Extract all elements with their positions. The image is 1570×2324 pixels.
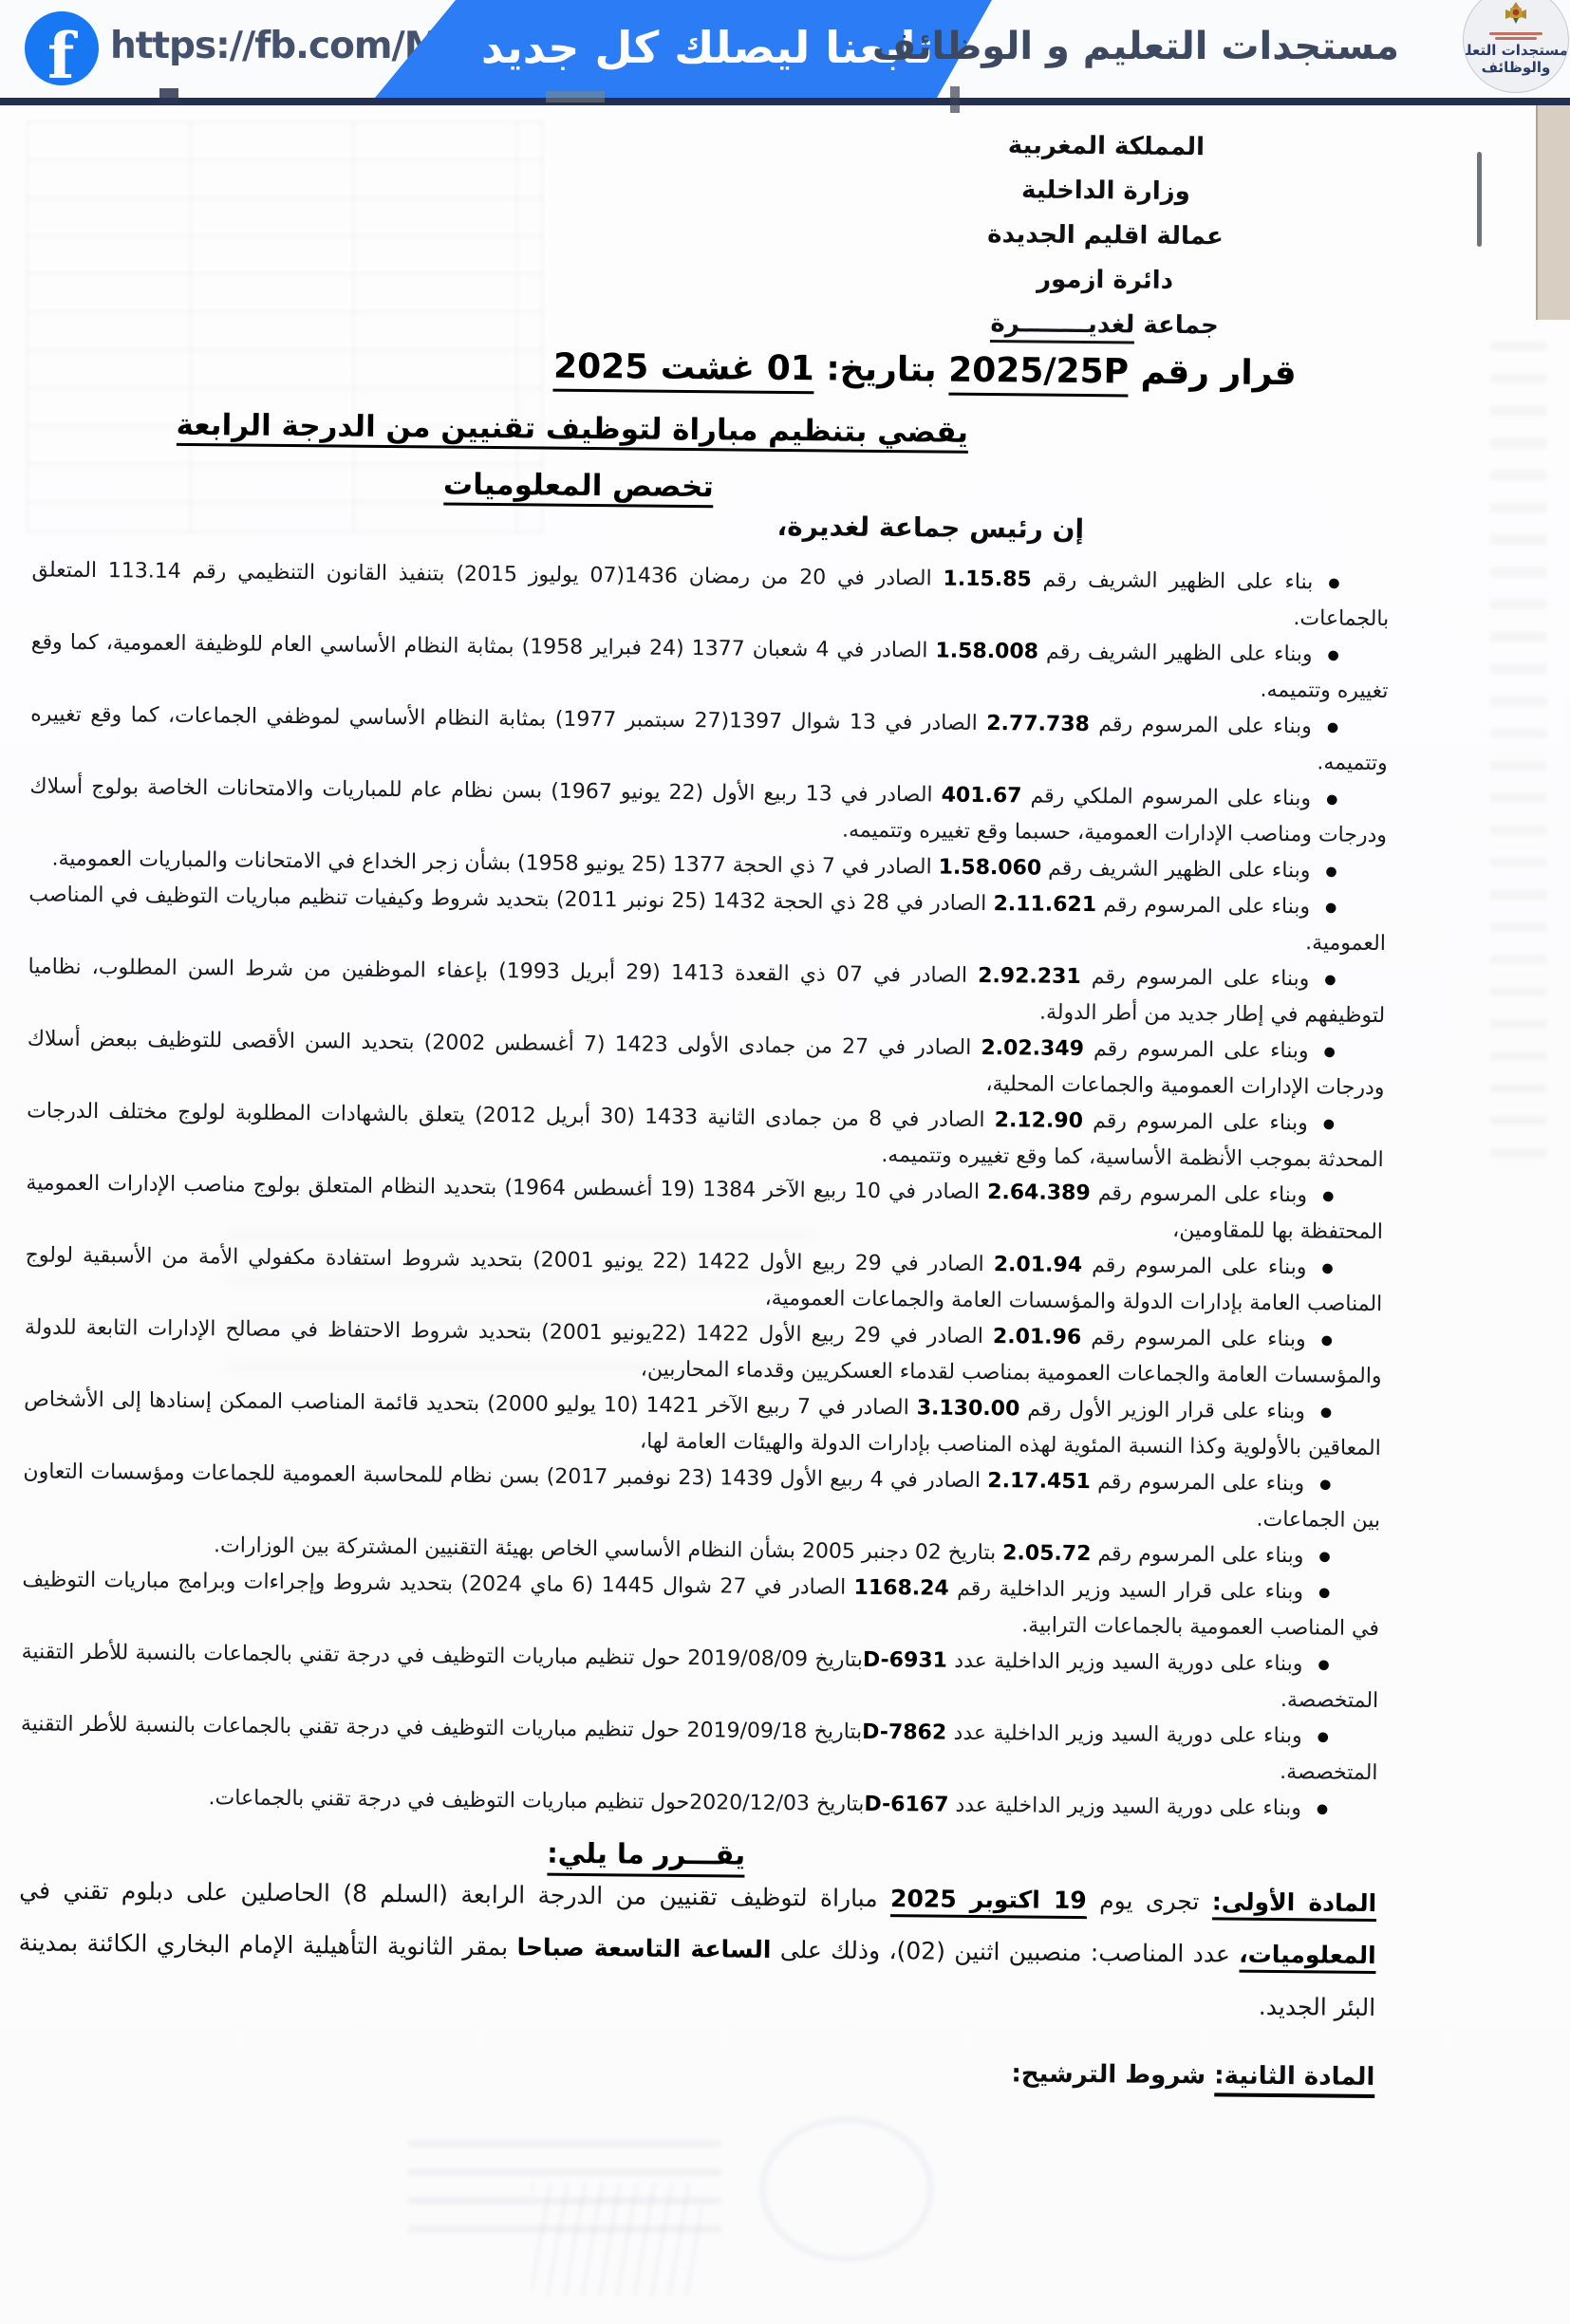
whereas-item: ●وبناء على المرسوم رقم 2.17.451 الصادر ف… xyxy=(23,1454,1381,1539)
bullet-icon: ● xyxy=(1320,1394,1357,1430)
article-2-text: شروط الترشيح: xyxy=(1011,2059,1206,2090)
bullet-icon: ● xyxy=(1325,889,1362,925)
article-2: المادة الثانية: شروط الترشيح: xyxy=(1011,2059,1374,2092)
whereas-item: ●وبناء على المرسوم رقم 2.12.90 الصادر في… xyxy=(27,1093,1385,1179)
bullet-icon: ● xyxy=(1327,709,1364,745)
bullet-icon: ● xyxy=(1318,1646,1355,1683)
whereas-item: ●وبناء على المرسوم الملكي رقم 401.67 الص… xyxy=(29,769,1388,854)
decree-document: المملكة المغربية وزارة الداخلية عمالة اق… xyxy=(0,0,1570,2324)
whereas-item: ●وبناء على المرسوم رقم 2.11.621 الصادر ف… xyxy=(28,877,1387,962)
whereas-item: ●وبناء على المرسوم رقم 2.01.96 الصادر في… xyxy=(24,1310,1382,1395)
whereas-item: ●بناء على الظهير الشريف رقم 1.15.85 الصا… xyxy=(31,552,1390,638)
bullet-icon: ● xyxy=(1325,853,1362,889)
bullet-icon: ● xyxy=(1318,1574,1355,1610)
bullet-icon: ● xyxy=(1317,1791,1354,1827)
bullet-icon: ● xyxy=(1319,1466,1356,1502)
decree-date: 01 غشت 2025 xyxy=(553,347,814,395)
whereas-item: ●وبناء على قرار السيد وزير الداخلية رقم … xyxy=(22,1562,1380,1647)
whereas-item: ●وبناء على المرسوم رقم 2.92.231 الصادر ف… xyxy=(28,949,1386,1034)
article-1: المادة الأولى: تجرى يوم 19 اكتوبر 2025 م… xyxy=(18,1864,1377,2034)
letterhead-district: دائرة ازمور xyxy=(941,257,1268,305)
whereas-item: ●وبناء على المرسوم رقم 2.64.389 الصادر ف… xyxy=(26,1165,1384,1251)
bullet-icon: ● xyxy=(1326,781,1363,817)
decree-title-line1: قرار رقم 2025/25P بتاريخ: 01 غشت 2025 xyxy=(553,347,1297,394)
whereas-item: ●وبناء على المرسوم رقم 2.02.349 الصادر ف… xyxy=(27,1021,1385,1106)
president-intro: إن رئيس جماعة لغديرة، xyxy=(776,511,1084,545)
whereas-item: ●وبناء على المرسوم رقم 2.01.94 الصادر في… xyxy=(25,1237,1383,1323)
bullet-icon: ● xyxy=(1328,565,1365,601)
scanned-announcement-page: { "banner": { "fb_url": "https://fb.com/… xyxy=(0,0,1570,2324)
whereas-item: ●وبناء على المرسوم رقم 2.77.738 الصادر ف… xyxy=(30,697,1389,782)
bullet-icon: ● xyxy=(1318,1538,1355,1574)
bullet-icon: ● xyxy=(1323,1106,1360,1142)
decision-heading: يقـــرر ما يلي: xyxy=(503,1836,788,1871)
bullet-icon: ● xyxy=(1327,637,1364,673)
whereas-list: ●بناء على الظهير الشريف رقم 1.15.85 الصا… xyxy=(20,552,1390,1828)
decree-title-line2: يقضي بتنظيم مباراة لتوظيف تقنيين من الدر… xyxy=(266,409,968,450)
letterhead-ministry: وزارة الداخلية xyxy=(942,168,1269,215)
bullet-icon: ● xyxy=(1324,961,1361,997)
bullet-icon: ● xyxy=(1322,1178,1359,1214)
letterhead: المملكة المغربية وزارة الداخلية عمالة اق… xyxy=(941,123,1270,349)
bullet-icon: ● xyxy=(1321,1250,1358,1286)
bullet-icon: ● xyxy=(1323,1033,1360,1069)
decree-title-line3: تخصص المعلوميات xyxy=(412,467,744,504)
decree-number: 2025/25P xyxy=(948,351,1129,398)
whereas-item: ●وبناء على قرار الوزير الأول رقم 3.130.0… xyxy=(24,1382,1382,1467)
article-2-label: المادة الثانية: xyxy=(1214,2061,1375,2098)
bullet-icon: ● xyxy=(1320,1322,1357,1358)
whereas-item: ●وبناء على دورية السيد وزير الداخلية عدد… xyxy=(21,1634,1379,1720)
whereas-item: ●وبناء على الظهير الشريف رقم 1.58.008 ال… xyxy=(30,624,1389,710)
whereas-item: ●وبناء على دورية السيد وزير الداخلية عدد… xyxy=(20,1706,1378,1792)
letterhead-province: عمالة اقليم الجديدة xyxy=(942,213,1269,260)
bullet-icon: ● xyxy=(1317,1719,1354,1755)
letterhead-kingdom: المملكة المغربية xyxy=(943,123,1270,171)
letterhead-commune: جماعة لغديــــــــرة xyxy=(941,302,1268,349)
